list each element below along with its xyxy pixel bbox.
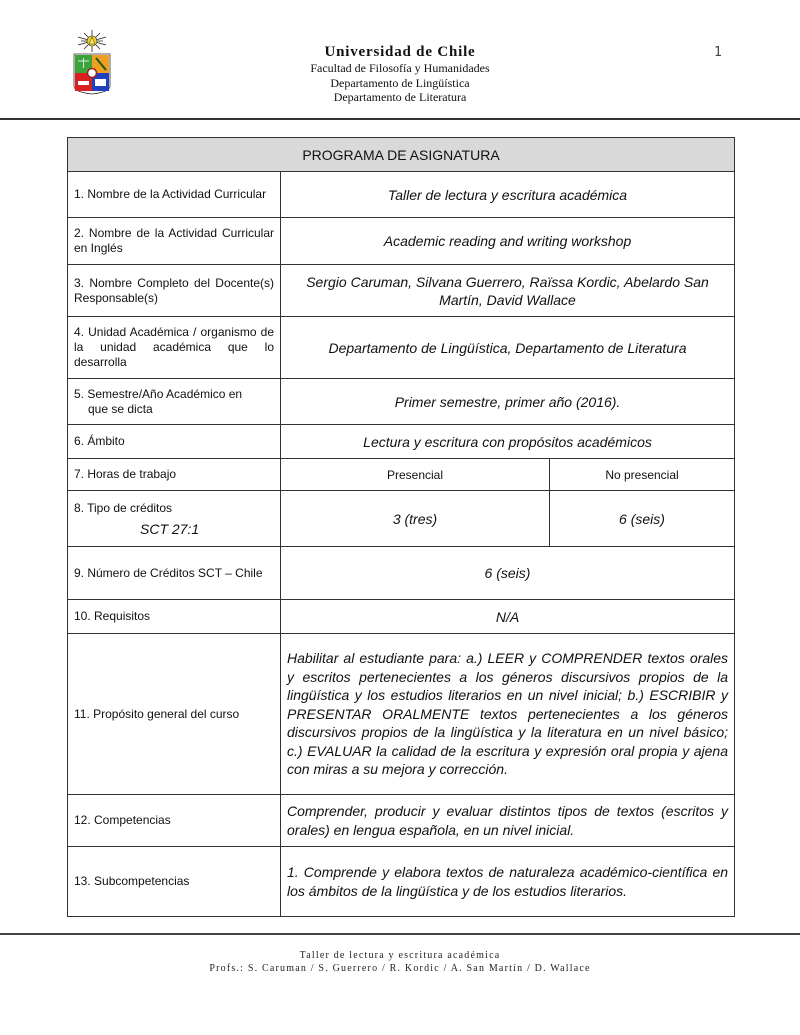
row-label: 12. Competencias [68,795,281,847]
row-label: 6. Ámbito [68,425,281,459]
page-footer: Taller de lectura y escritura académica … [0,949,800,975]
row-label: 7. Horas de trabajo [68,459,281,491]
row-value: Habilitar al estudiante para: a.) LEER y… [281,634,735,795]
row-label: 4. Unidad Académica / organismo de la un… [68,317,281,379]
table-row: 10. Requisitos N/A [68,600,735,634]
row-label: 13. Subcompetencias [68,847,281,917]
table-row: 13. Subcompetencias 1. Comprende y elabo… [68,847,735,917]
program-table: PROGRAMA DE ASIGNATURA 1. Nombre de la A… [67,137,735,917]
department-linguistics: Departamento de Lingüística [250,76,550,91]
page-number: 1 [714,45,722,60]
table-row: 9. Número de Créditos SCT – Chile 6 (sei… [68,547,735,600]
row-label-line-2: que se dicta [74,402,274,417]
table-row: 3. Nombre Completo del Docente(s) Respon… [68,265,735,317]
header-divider [0,118,800,120]
row-value: Academic reading and writing workshop [281,218,735,265]
no-presencial-credits: 6 (seis) [550,491,735,547]
row-label: 3. Nombre Completo del Docente(s) Respon… [68,265,281,317]
sct-ratio: SCT 27:1 [74,522,274,537]
row-value: Lectura y escritura con propósitos acadé… [281,425,735,459]
table-row: 11. Propósito general del curso Habilita… [68,634,735,795]
row-label: 5. Semestre/Año Académico en que se dict… [68,379,281,425]
presencial-header: Presencial [281,459,550,491]
row-label: 2. Nombre de la Actividad Curricular en … [68,218,281,265]
row-value: Comprender, producir y evaluar distintos… [281,795,735,847]
no-presencial-header: No presencial [550,459,735,491]
program-title: PROGRAMA DE ASIGNATURA [68,138,735,172]
row-label: 11. Propósito general del curso [68,634,281,795]
row-value: Taller de lectura y escritura académica [281,172,735,218]
page-header: Universidad de Chile Facultad de Filosof… [0,0,800,120]
department-literature: Departamento de Literatura [250,90,550,105]
row-label: 10. Requisitos [68,600,281,634]
row-label-text: 8. Tipo de créditos [74,501,274,516]
table-row: 1. Nombre de la Actividad Curricular Tal… [68,172,735,218]
footer-professors: Profs.: S. Caruman / S. Guerrero / R. Ko… [0,962,800,975]
table-row: 7. Horas de trabajo Presencial No presen… [68,459,735,491]
row-value: Sergio Caruman, Silvana Guerrero, Raïssa… [281,265,735,317]
table-row: 5. Semestre/Año Académico en que se dict… [68,379,735,425]
table-row: 6. Ámbito Lectura y escritura con propós… [68,425,735,459]
row-value: Departamento de Lingüística, Departament… [281,317,735,379]
table-row: 8. Tipo de créditos SCT 27:1 3 (tres) 6 … [68,491,735,547]
footer-divider [0,933,800,935]
footer-course-title: Taller de lectura y escritura académica [0,949,800,962]
table-row: 2. Nombre de la Actividad Curricular en … [68,218,735,265]
row-label: 1. Nombre de la Actividad Curricular [68,172,281,218]
row-label-line-1: 5. Semestre/Año Académico en [74,387,274,402]
row-value: N/A [281,600,735,634]
row-value: 6 (seis) [281,547,735,600]
row-value: Primer semestre, primer año (2016). [281,379,735,425]
table-row: 12. Competencias Comprender, producir y … [68,795,735,847]
presencial-credits: 3 (tres) [281,491,550,547]
table-row: 4. Unidad Académica / organismo de la un… [68,317,735,379]
faculty-name: Facultad de Filosofía y Humanidades [250,61,550,76]
university-name: Universidad de Chile [250,44,550,61]
institution-header: Universidad de Chile Facultad de Filosof… [250,44,550,105]
row-label: 9. Número de Créditos SCT – Chile [68,547,281,600]
table-title-row: PROGRAMA DE ASIGNATURA [68,138,735,172]
row-value: 1. Comprende y elabora textos de natural… [281,847,735,917]
row-label: 8. Tipo de créditos SCT 27:1 [68,491,281,547]
university-coat-of-arms-icon [72,28,112,96]
